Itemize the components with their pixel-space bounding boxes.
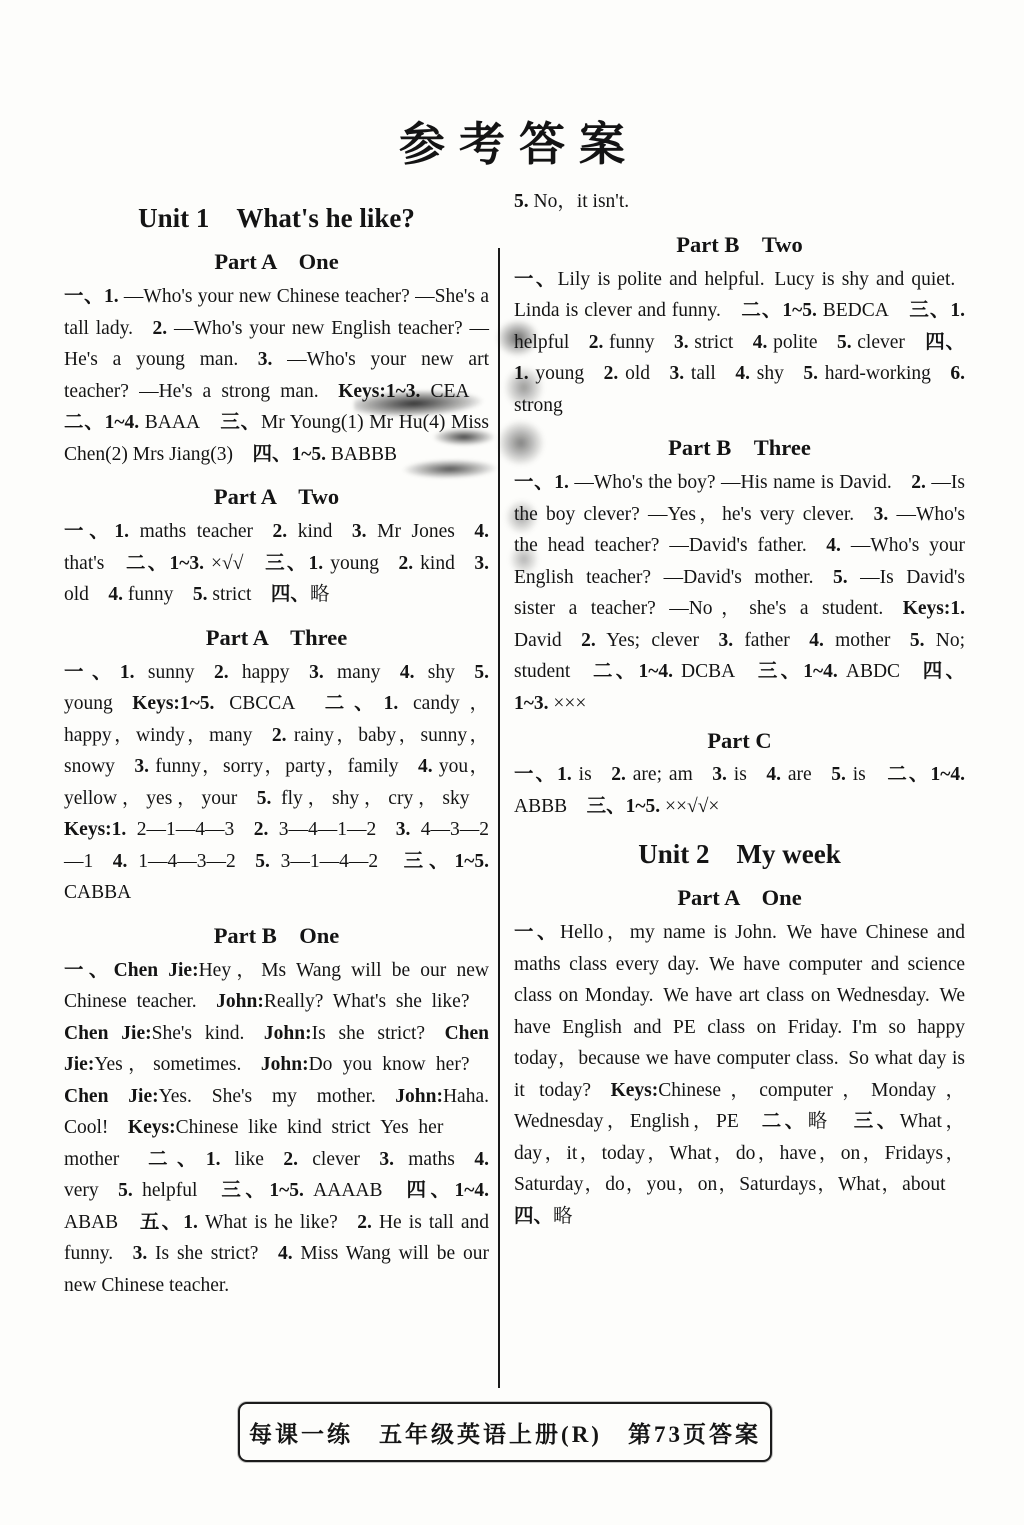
part-b-one-heading: Part B One (64, 918, 489, 950)
column-divider (498, 248, 500, 1388)
page-title: 参考答案 (0, 108, 1024, 174)
answer-key-page: 参考答案 Unit 1 What's he like?Part A One一、1… (0, 0, 1024, 1525)
part-a-three-heading: Part A Three (64, 620, 489, 652)
left-column: Unit 1 What's he like?Part A One一、1. —Wh… (64, 186, 489, 1301)
part-b-one-answers-continued: 5. No，it isn't. (514, 186, 965, 218)
part-b-one-answers: 一、Chen Jie:Hey，Ms Wang will be our new C… (64, 955, 489, 1302)
part-b-three-answers: 一、1. —Who's the boy? —His name is David.… (514, 467, 965, 719)
footer-text: 每课一练 五年级英语上册(R) 第73页答案 (249, 1416, 761, 1449)
part-a-one-answers: 一、1. —Who's your new Chinese teacher? —S… (64, 281, 489, 470)
unit-1-heading: Unit 1 What's he like? (64, 196, 489, 235)
part-a-two-heading: Part A Two (64, 479, 489, 511)
footer-box: 每课一练 五年级英语上册(R) 第73页答案 (238, 1402, 772, 1462)
unit2-part-a-one-heading: Part A One (514, 880, 965, 912)
part-b-two-answers: 一、Lily is polite and helpful. Lucy is sh… (514, 264, 965, 422)
part-b-two-heading: Part B Two (514, 227, 965, 259)
part-b-three-heading: Part B Three (514, 430, 965, 462)
unit-2-heading: Unit 2 My week (514, 832, 965, 871)
part-a-one-heading: Part A One (64, 244, 489, 276)
part-c-heading: Part C (514, 728, 965, 754)
part-c-answers: 一、1. is 2. are; am 3. is 4. are 5. is 二、… (514, 759, 965, 822)
unit2-part-a-one-answers: 一、Hello，my name is John. We have Chinese… (514, 917, 965, 1232)
part-a-two-answers: 一、1. maths teacher 2. kind 3. Mr Jones 4… (64, 516, 489, 611)
part-a-three-answers: 一、1. sunny 2. happy 3. many 4. shy 5. yo… (64, 657, 489, 909)
right-column: 5. No，it isn't.Part B Two一、Lily is polit… (514, 186, 965, 1232)
